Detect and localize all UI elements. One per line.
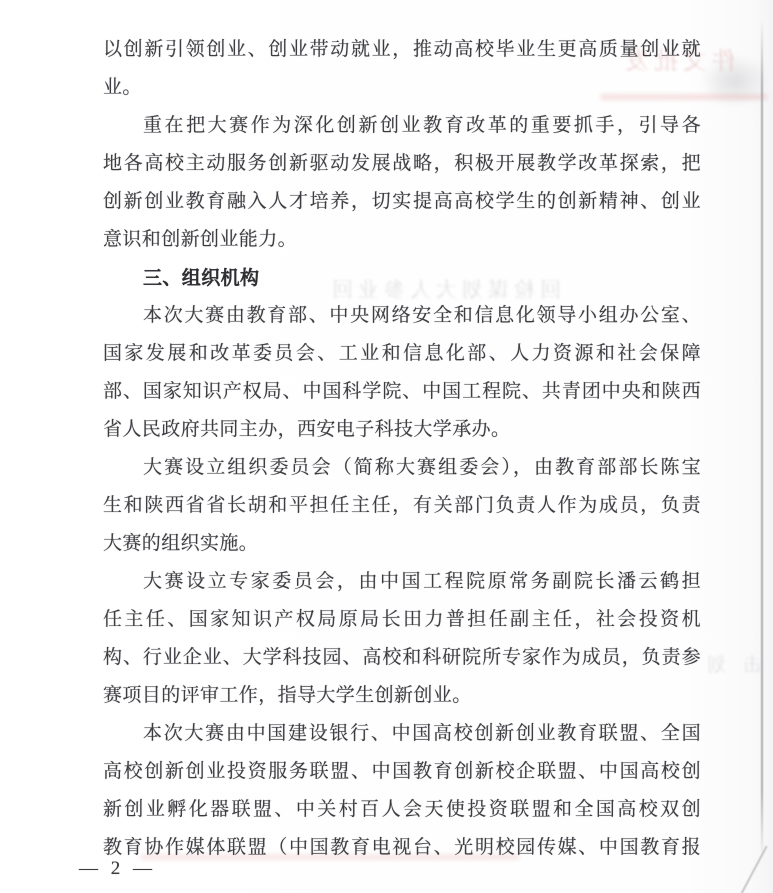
text-line: 地各高校主动服务创新驱动发展战略，积极开展教学改革探索，把 xyxy=(103,145,701,183)
text-line: 生和陕西省省长胡和平担任主任，有关部门负责人作为成员，负责 xyxy=(103,487,701,525)
text-line: 任主任、国家知识产权局原局长田力普担任副主任，社会投资机 xyxy=(103,601,701,639)
text-line: 新创业孵化器联盟、中关村百人会天使投资联盟和全国高校双创 xyxy=(103,791,701,829)
text-line: 教育协作媒体联盟（中国教育电视台、光明校园传媒、中国教育报 xyxy=(103,829,701,867)
text-line: 构、行业企业、大学科技园、高校和科研院所专家作为成员，负责参 xyxy=(103,639,701,677)
text-line: 重在把大赛作为深化创新创业教育改革的重要抓手，引导各 xyxy=(103,107,701,145)
text-line: 国家发展和改革委员会、工业和信息化部、人力资源和社会保障 xyxy=(103,335,701,373)
text-line: 部、国家知识产权局、中国科学院、中国工程院、共青团中央和陕西 xyxy=(103,373,701,411)
text-line: 大赛设立专家委员会，由中国工程院原常务副院长潘云鹤担 xyxy=(103,563,701,601)
text-line: 业。 xyxy=(103,69,701,107)
section-heading-organization: 三、组织机构 xyxy=(103,259,701,297)
text-line: 高校创新创业投资服务联盟、中国教育创新校企联盟、中国高校创 xyxy=(103,753,701,791)
text-line: 以创新引领创业、创业带动就业，推动高校毕业生更高质量创业就 xyxy=(103,31,701,69)
text-line: 本次大赛由教育部、中央网络安全和信息化领导小组办公室、 xyxy=(103,297,701,335)
text-line: 本次大赛由中国建设银行、中国高校创新创业教育联盟、全国 xyxy=(103,715,701,753)
text-line: 创新创业教育融入人才培养，切实提高高校学生的创新精神、创业 xyxy=(103,183,701,221)
page-corner-crease xyxy=(740,846,767,893)
text-line: 意识和创新创业能力。 xyxy=(103,221,701,259)
text-line: 赛项目的评审工作，指导大学生创新创业。 xyxy=(103,677,701,715)
page-number: — 2 — xyxy=(79,858,156,880)
scan-smudge-top-right xyxy=(700,55,770,107)
document-body: 以创新引领创业、创业带动就业，推动高校毕业生更高质量创业就 业。 重在把大赛作为… xyxy=(103,31,701,867)
text-line: 大赛的组织实施。 xyxy=(103,525,701,563)
page-scan-edge-line xyxy=(761,20,763,858)
scanned-document-page: 件文批发 回检谋划大人参业回 击 划 以创新引领创业、创业带动就业，推动高校毕业… xyxy=(0,0,773,893)
text-line: 大赛设立组织委员会（简称大赛组委会），由教育部部长陈宝 xyxy=(103,449,701,487)
text-line: 省人民政府共同主办，西安电子科技大学承办。 xyxy=(103,411,701,449)
